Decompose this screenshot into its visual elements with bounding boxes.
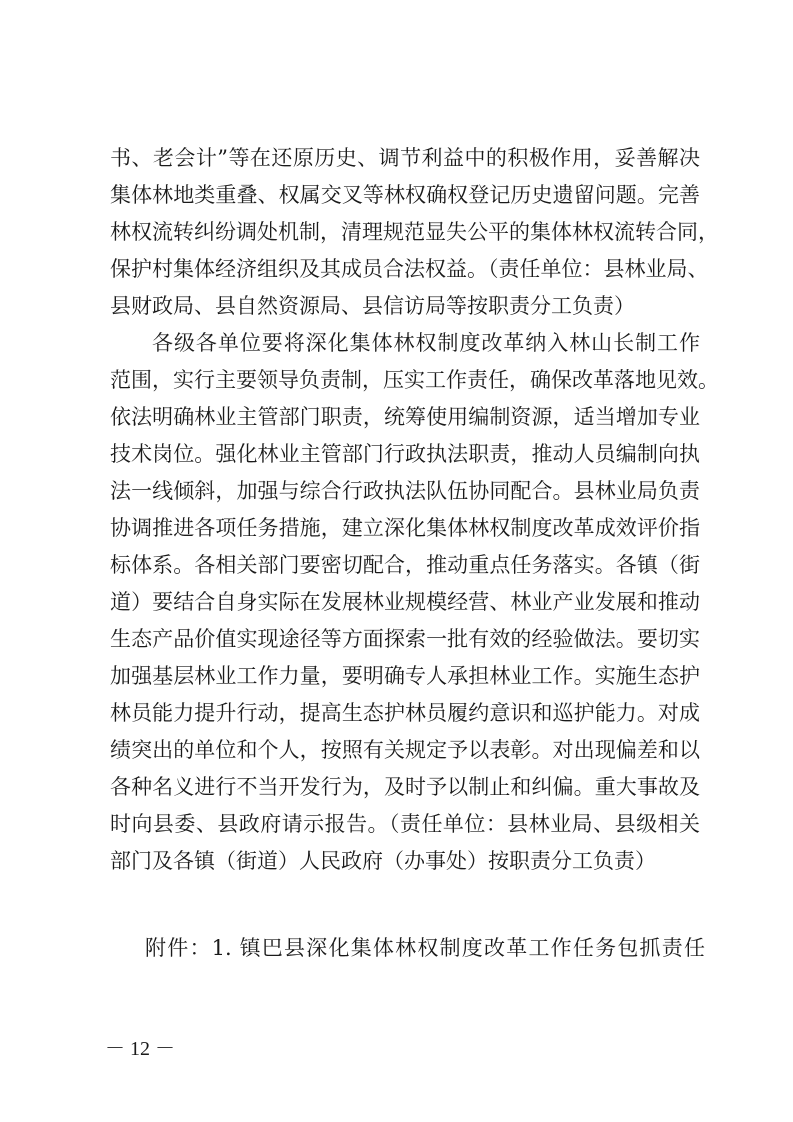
paragraph-1: 书、老会计”等在还原历史、调节利益中的积极作用，妥善解决 集体林地类重叠、权属交… [110, 140, 700, 325]
text-line: 范围，实行主要领导负责制，压实工作责任，确保改革落地见效。 [110, 362, 700, 399]
text-line: 绩突出的单位和个人，按照有关规定予以表彰。对出现偏差和以 [110, 732, 700, 769]
text-line: 协调推进各项任务措施，建立深化集体林权制度改革成效评价指 [110, 510, 700, 547]
text-line: 林员能力提升行动，提高生态护林员履约意识和巡护能力。对成 [110, 695, 700, 732]
text-line: 各级各单位要将深化集体林权制度改革纳入林山长制工作 [110, 325, 700, 362]
page-number: － 12 － [105, 1032, 175, 1061]
text-line: 加强基层林业工作力量，要明确专人承担林业工作。实施生态护 [110, 658, 700, 695]
text-line: 时向县委、县政府请示报告。（责任单位：县林业局、县级相关 [110, 806, 700, 843]
text-line: 技术岗位。强化林业主管部门行政执法职责，推动人员编制向执 [110, 436, 700, 473]
text-line: 生态产品价值实现途径等方面探索一批有效的经验做法。要切实 [110, 621, 700, 658]
text-line: 林权流转纠纷调处机制，清理规范显失公平的集体林权流转合同， [110, 214, 700, 251]
text-line: 依法明确林业主管部门职责，统筹使用编制资源，适当增加专业 [110, 399, 700, 436]
text-line: 保护村集体经济组织及其成员合法权益。（责任单位：县林业局、 [110, 251, 700, 288]
text-line: 县财政局、县自然资源局、县信访局等按职责分工负责） [110, 288, 700, 325]
document-page: 书、老会计”等在还原历史、调节利益中的积极作用，妥善解决 集体林地类重叠、权属交… [0, 0, 793, 1122]
body-text: 书、老会计”等在还原历史、调节利益中的积极作用，妥善解决 集体林地类重叠、权属交… [110, 140, 700, 880]
text-line: 标体系。各相关部门要密切配合，推动重点任务落实。各镇（街 [110, 547, 700, 584]
paragraph-2: 各级各单位要将深化集体林权制度改革纳入林山长制工作 范围，实行主要领导负责制，压… [110, 325, 700, 880]
text-line: 法一线倾斜，加强与综合行政执法队伍协同配合。县林业局负责 [110, 473, 700, 510]
attachment-line: 附件：1. 镇巴县深化集体林权制度改革工作任务包抓责任 [145, 930, 705, 967]
text-line: 道）要结合自身实际在发展林业规模经营、林业产业发展和推动 [110, 584, 700, 621]
text-line: 集体林地类重叠、权属交叉等林权确权登记历史遗留问题。完善 [110, 177, 700, 214]
text-line: 各种名义进行不当开发行为，及时予以制止和纠偏。重大事故及 [110, 769, 700, 806]
text-line: 书、老会计”等在还原历史、调节利益中的积极作用，妥善解决 [110, 140, 700, 177]
text-line: 部门及各镇（街道）人民政府（办事处）按职责分工负责） [110, 843, 700, 880]
